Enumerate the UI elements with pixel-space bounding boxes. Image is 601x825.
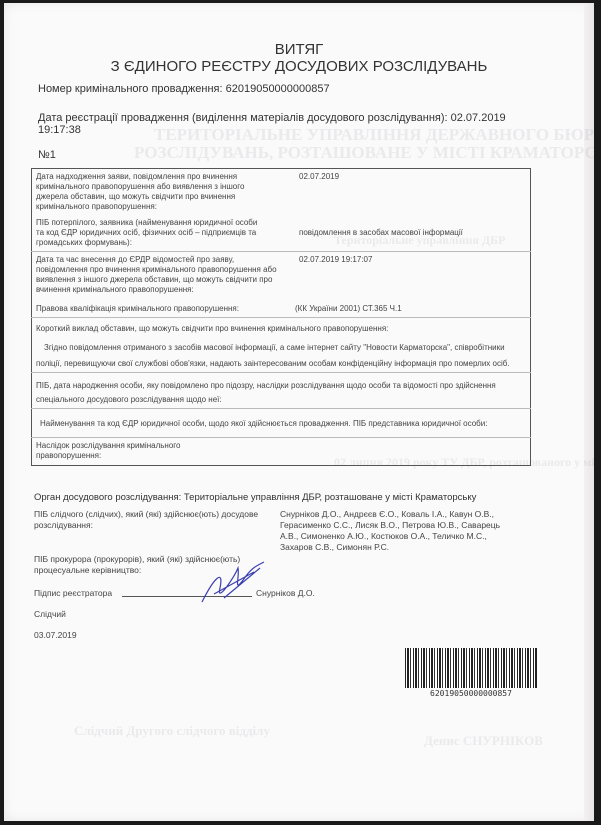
registrar-signature-label: Підпис реєстратора bbox=[34, 588, 112, 599]
row-value: повідомлення в засобах масової інформаці… bbox=[295, 215, 531, 252]
table-row: Правова кваліфікація кримінального право… bbox=[32, 298, 531, 318]
table-row: Згідно повідомлення отриманого з засобів… bbox=[32, 337, 531, 373]
document-subtitle: З ЄДИНОГО РЕЄСТРУ ДОСУДОВИХ РОЗСЛІДУВАНЬ bbox=[4, 58, 594, 75]
row-value: (КК України 2001) СТ.365 Ч.1 bbox=[295, 298, 531, 318]
barcode-number: 62019050000000857 bbox=[405, 689, 537, 698]
position-label: Слідчий bbox=[34, 609, 66, 620]
table-row: Наслідок розслідування кримінального пра… bbox=[32, 438, 531, 466]
barcode-icon bbox=[405, 648, 537, 688]
legal-entity-label: Найменування та код ЄДР юридичної особи,… bbox=[32, 409, 531, 438]
registration-date: Дата реєстрації провадження (виділення м… bbox=[38, 112, 506, 124]
result-label: Наслідок розслідування кримінального пра… bbox=[32, 438, 531, 466]
table-row: Короткий виклад обставин, що можуть свід… bbox=[32, 318, 531, 338]
row-label: Дата та час внесення до ЄРДР відомостей … bbox=[32, 252, 296, 299]
bleed-through-text: Слідчий Другого слідчого відділу bbox=[74, 723, 270, 739]
register-table: Дата надходження заяви, повідомлення про… bbox=[31, 168, 531, 466]
table-row: Дата та час внесення до ЄРДР відомостей … bbox=[32, 252, 531, 299]
document-title: ВИТЯГ bbox=[4, 41, 594, 58]
registration-time: 19:17:38 bbox=[38, 124, 81, 136]
table-row: Дата надходження заяви, повідомлення про… bbox=[32, 169, 531, 216]
table-row: ПІБ потерпілого, заявника (найменування … bbox=[32, 215, 531, 252]
table-row: Найменування та код ЄДР юридичної особи,… bbox=[32, 409, 531, 438]
issue-date: 03.07.2019 bbox=[34, 630, 77, 641]
row-label: Дата надходження заяви, повідомлення про… bbox=[32, 169, 296, 216]
bleed-through-text: ТЕРИТОРІАЛЬНЕ УПРАВЛІННЯ ДЕРЖАВНОГО БЮРО bbox=[154, 125, 594, 145]
entry-number: №1 bbox=[38, 149, 56, 161]
document-page: ТЕРИТОРІАЛЬНЕ УПРАВЛІННЯ ДЕРЖАВНОГО БЮРО… bbox=[4, 3, 594, 821]
signature-icon bbox=[194, 558, 274, 608]
registrar-name: Снурніков Д.О. bbox=[256, 588, 315, 599]
suspect-label: ПІБ, дата народження особи, яку повідомл… bbox=[32, 373, 531, 409]
bleed-through-text: РОЗСЛІДУВАНЬ, РОЗТАШОВАНЕ У МІСТІ КРАМАТ… bbox=[134, 143, 594, 163]
investigators-label: ПІБ слідчого (слідчих), який (які) здійс… bbox=[34, 509, 258, 531]
investigators-list: Снурніков Д.О., Андрєєв Є.О., Коваль І.А… bbox=[280, 509, 500, 553]
row-value: 02.07.2019 bbox=[295, 169, 531, 216]
case-number: Номер кримінального провадження: 6201905… bbox=[38, 83, 330, 95]
table-row: ПІБ, дата народження особи, яку повідомл… bbox=[32, 373, 531, 409]
investigation-body: Орган досудового розслідування: Територі… bbox=[34, 492, 476, 503]
summary-label: Короткий виклад обставин, що можуть свід… bbox=[32, 318, 531, 338]
row-value: 02.07.2019 19:17:07 bbox=[295, 252, 531, 299]
summary-text: Згідно повідомлення отриманого з засобів… bbox=[32, 337, 531, 373]
row-label: Правова кваліфікація кримінального право… bbox=[32, 298, 296, 318]
row-label: ПІБ потерпілого, заявника (найменування … bbox=[32, 215, 296, 252]
bleed-through-text: Денис СНУРНІКОВ bbox=[424, 733, 543, 749]
